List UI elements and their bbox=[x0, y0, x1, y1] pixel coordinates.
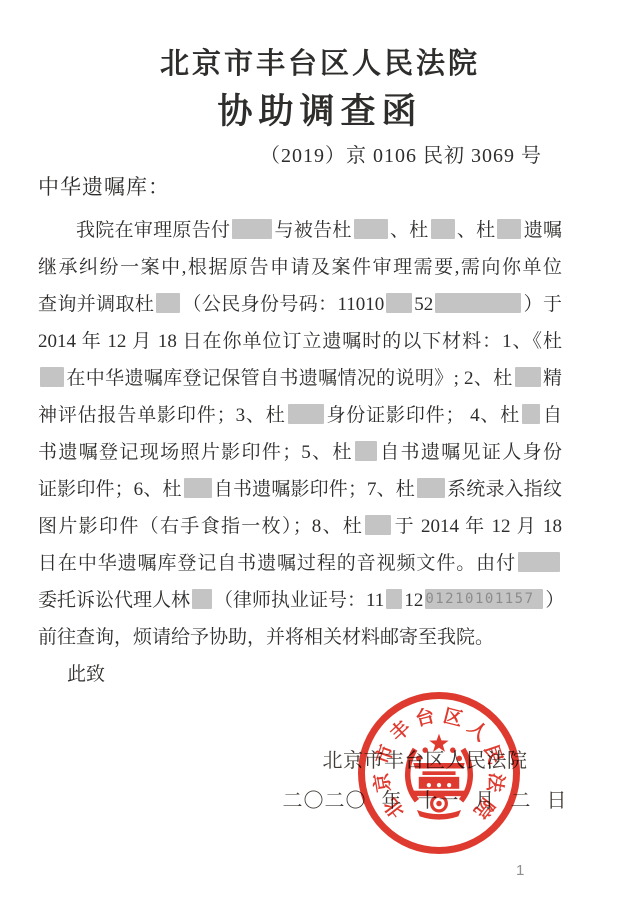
redaction-box bbox=[386, 589, 402, 609]
body-line: 查询并调取杜（公民身份号码：1101052）于 bbox=[38, 286, 562, 323]
official-court-seal: 北京市丰台区人民法院 bbox=[358, 692, 520, 854]
body-line: 日在中华遗嘱库登记自书遗嘱过程的音视频文件。由付 bbox=[38, 545, 562, 582]
body-line: 前往查询，烦请给予协助，并将相关材料邮寄至我院。 bbox=[38, 619, 562, 656]
redaction-box bbox=[288, 404, 324, 424]
body-line: 委托诉讼代理人林（律师执业证号：111201210101157） bbox=[38, 582, 562, 619]
body-line: 神评估报告单影印件；3、杜身份证影印件； 4、杜自 bbox=[38, 397, 562, 434]
document-title: 协助调查函 bbox=[0, 88, 640, 136]
redaction-box bbox=[435, 293, 521, 313]
seal-ring-char: 市 bbox=[372, 741, 400, 769]
body-line: 继承纠纷一案中,根据原告申请及案件审理需要,需向你单位 bbox=[38, 249, 562, 286]
body-line: 在中华遗嘱库登记保管自书遗嘱情况的说明》; 2、杜精 bbox=[38, 360, 562, 397]
redaction-box bbox=[417, 478, 445, 498]
scanned-court-document: 北京市丰台区人民法院 协助调查函 （2019）京 0106 民初 3069 号 … bbox=[0, 0, 640, 923]
redaction-box bbox=[365, 515, 391, 535]
redaction-box bbox=[518, 552, 560, 572]
redaction-box bbox=[431, 219, 455, 239]
redaction-box bbox=[515, 367, 541, 387]
redaction-box bbox=[497, 219, 521, 239]
national-emblem-icon bbox=[402, 729, 476, 821]
redaction-box bbox=[156, 293, 180, 313]
page-number: 1 bbox=[516, 862, 524, 879]
body-line: 证影印件；6、杜自书遗嘱影印件；7、杜系统录入指纹 bbox=[38, 471, 562, 508]
redaction-box bbox=[355, 441, 377, 461]
redaction-box bbox=[192, 589, 212, 609]
recipient-line: 中华遗嘱库： bbox=[0, 174, 640, 200]
redaction-box bbox=[522, 404, 540, 424]
redaction-box bbox=[184, 478, 212, 498]
seal-ring-char: 法 bbox=[482, 770, 507, 795]
body-line: 我院在审理原告付与被告杜、杜、杜遗嘱 bbox=[38, 212, 562, 249]
redaction-box: 01210101157 bbox=[425, 589, 543, 609]
redaction-box bbox=[232, 219, 272, 239]
redaction-box bbox=[354, 219, 388, 239]
court-name-heading: 北京市丰台区人民法院 bbox=[0, 0, 640, 82]
body-line: 书遗嘱登记现场照片影印件；5、杜自书遗嘱见证人身份 bbox=[38, 434, 562, 471]
closing-cizhi: 此致 bbox=[38, 656, 562, 693]
redaction-box bbox=[386, 293, 412, 313]
seal-ring-char: 京 bbox=[371, 770, 396, 795]
letter-body: 我院在审理原告付与被告杜、杜、杜遗嘱继承纠纷一案中,根据原告申请及案件审理需要,… bbox=[38, 212, 562, 656]
case-number: （2019）京 0106 民初 3069 号 bbox=[0, 144, 640, 168]
body-line: 2014 年 12 月 18 日在你单位订立遗嘱时的以下材料：1、《杜 bbox=[38, 323, 562, 360]
seal-ring-char: 民 bbox=[478, 741, 506, 769]
redaction-box bbox=[40, 367, 64, 387]
body-line: 图片影印件（右手食指一枚）；8、杜于 2014 年 12 月 18 bbox=[38, 508, 562, 545]
